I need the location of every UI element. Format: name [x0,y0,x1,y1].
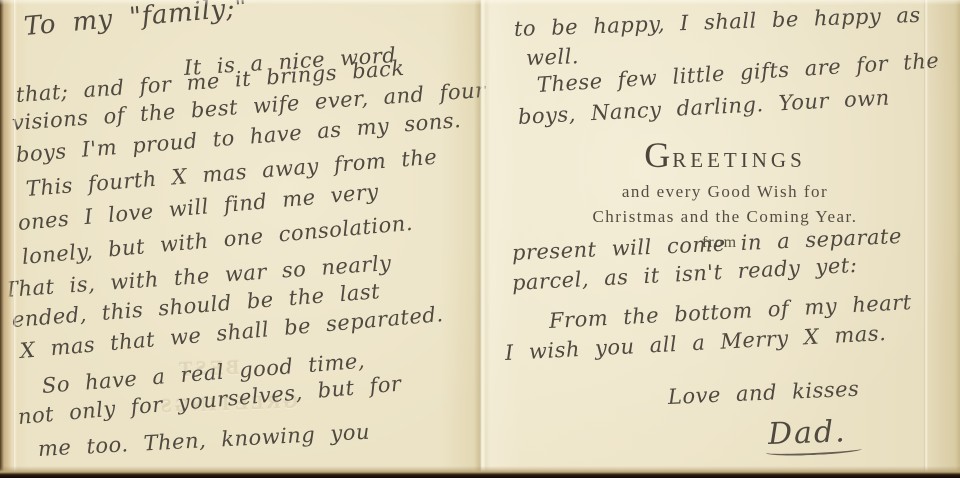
printed-greeting-line: and every Good Wish for [560,182,890,202]
printed-greeting-title: GREETINGS [560,134,890,176]
printed-greeting-line: Christmas and the Coming Year. [560,207,890,227]
handwritten-line: well. [526,44,580,70]
greeting-card-scan: BEST GREETINGS To my "family;" It is a n… [0,0,960,478]
printed-greeting-block: GREETINGS and every Good Wish for Christ… [560,134,890,227]
signature-dad: Dad. [767,414,847,452]
